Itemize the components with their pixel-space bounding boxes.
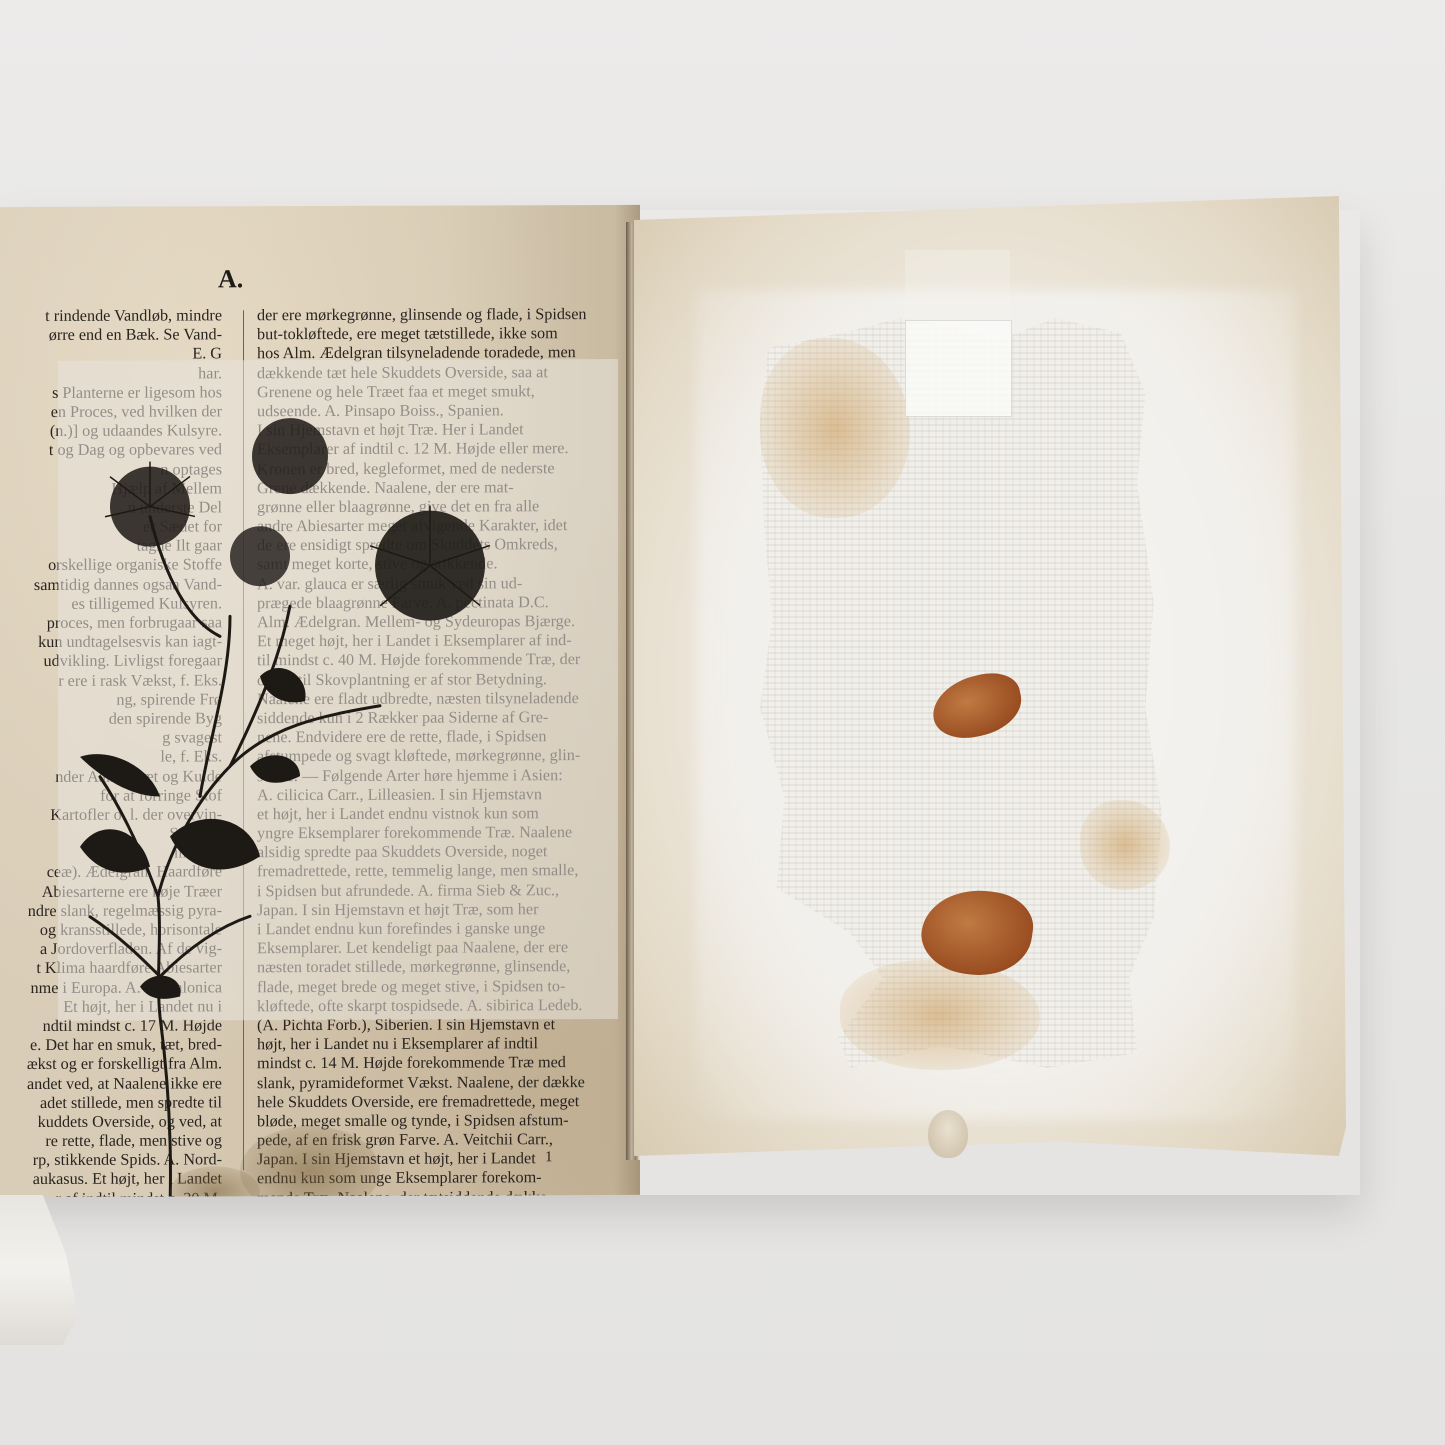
text-line: de ere ensidigt spredte om Skuddets Omkr… xyxy=(257,535,629,555)
text-line: Et meget højt, her i Landet i Eksemplare… xyxy=(257,631,629,651)
text-line: i Spidsen but afrundede. A. firma Sieb &… xyxy=(257,881,629,901)
text-line: ogsaa til Skovplantning er af stor Betyd… xyxy=(257,669,629,689)
text-line: re rette, flade, men stive og xyxy=(0,1131,222,1151)
text-line: n optages xyxy=(0,460,222,480)
text-line: a Jordoverfladen. Af de vig- xyxy=(0,940,222,960)
text-line: kuddets Overside, og ved, at xyxy=(0,1112,222,1132)
text-line: ceæ). Ædelgran. Haardføre xyxy=(0,863,222,883)
text-line: Alm. Ædelgran. Mellem- og Sydeuropas Bjæ… xyxy=(257,612,629,632)
text-line: der ere mørkegrønne, glinsende og flade,… xyxy=(257,305,629,325)
text-line: A. var. glauca er særlig smuk ved sin ud… xyxy=(257,574,629,594)
text-line: proces, men forbrugaar saa xyxy=(0,613,222,633)
text-line: Eksemplarer af indtil c. 12 M. Højde ell… xyxy=(257,439,629,459)
text-line: for at forringe Stof xyxy=(0,786,222,806)
text-line: Kronen er bred, kegleformet, med de nede… xyxy=(257,458,629,478)
text-line: samt meget korte, stive og stikkende. xyxy=(257,554,629,574)
text-line: Japan. I sin Hjemstavn et højt Træ, som … xyxy=(257,900,629,920)
text-line: Kartofler o. l. der overvin- xyxy=(0,805,222,825)
text-line: prægede blaagrønne Farve. A. pectinata D… xyxy=(257,593,629,613)
text-line: Abiesarterne ere høje Træer xyxy=(0,882,222,902)
text-line: s Planterne er ligesom hos xyxy=(0,383,222,403)
text-line: Grenene og hele Træet faa et meget smukt… xyxy=(257,382,629,402)
text-line: mindst c. 14 M. Højde forekommende Træ m… xyxy=(257,1053,629,1073)
text-line: Et højt, her i Landet nu i xyxy=(0,997,222,1017)
text-line: kun undtagelsesvis kan iagt- xyxy=(0,633,222,653)
text-line: le, f. Eks. xyxy=(0,748,222,768)
text-line: siddende kun i 2 Rækker paa Siderne af G… xyxy=(257,708,629,728)
journal-photo: A. t rindende Vandløb, mindreørre end en… xyxy=(0,0,1445,1445)
tea-stain xyxy=(1080,800,1170,890)
text-line: har. xyxy=(0,364,222,384)
text-line: den spirende Byg xyxy=(0,709,222,729)
page-heading: A. xyxy=(218,264,243,294)
text-line: ækst og er forskelligt fra Alm. xyxy=(0,1055,222,1075)
text-line: Naalene ere fladt udbredte, næsten tilsy… xyxy=(257,689,629,709)
text-line: alsidig spredte paa Skuddets Overside, n… xyxy=(257,842,629,862)
text-line: E. G xyxy=(0,345,222,365)
text-line: afstumpede og svagt kløftede, mørkegrønn… xyxy=(257,746,629,766)
text-line: g svagest xyxy=(0,728,222,748)
text-line: tagne Ilt gaar xyxy=(0,537,222,557)
left-page-dictionary: A. t rindende Vandløb, mindreørre end en… xyxy=(0,205,640,1197)
text-line: andet ved, at Naalene ikke ere xyxy=(0,1074,222,1094)
text-column-left: t rindende Vandløb, mindreørre end en Bæ… xyxy=(0,306,222,1197)
text-line: flade, meget brede og meget stive, i Spi… xyxy=(257,976,629,996)
text-line: hele Skuddets Overside, ere fremadretted… xyxy=(257,1092,629,1112)
column-divider xyxy=(243,310,244,1170)
text-line: ndtil mindst c. 17 M. Højde xyxy=(0,1016,222,1036)
tea-stain xyxy=(840,960,1040,1070)
text-line: kløftede, ofte skarpt tospidsede. A. sib… xyxy=(257,996,629,1016)
text-line: but-tokløftede, ere meget tætstillede, i… xyxy=(257,324,629,344)
text-line: dækkende tæt hele Skuddets Overside, saa… xyxy=(257,362,629,382)
text-line: slank, pyramideformet Vækst. Naalene, de… xyxy=(257,1072,629,1092)
text-line: nder Aandedræt og Kulde xyxy=(0,767,222,787)
text-line: og kransstillede, horisontale xyxy=(0,920,222,940)
text-line: en Proces, ved hvilken der xyxy=(0,402,222,422)
text-line: t og Dag og opbevares ved xyxy=(0,441,222,461)
text-line: samtidig dannes ogsaa Vand- xyxy=(0,575,222,595)
text-line: I sin Hjemstavn et højt Træ. Her i Lande… xyxy=(257,420,629,440)
text-line: et højt, her i Landet endnu vistnok kun … xyxy=(257,804,629,824)
text-line: hos Alm. Ædelgran tilsyneladende toraded… xyxy=(257,343,629,363)
text-line: n underste Del xyxy=(0,498,222,518)
text-line: nme i Europa. A. cephalonica xyxy=(0,978,222,998)
text-line: es tilligemed Kulsyren. xyxy=(0,594,222,614)
text-line: Eksemplarer. Let kendeligt paa Naalene, … xyxy=(257,938,629,958)
text-line: rp, stikkende Spids. A. Nord- xyxy=(0,1151,222,1171)
text-line: udvikling. Livligst foregaar xyxy=(0,652,222,672)
text-line: i Landet endnu kun forefindes i ganske u… xyxy=(257,919,629,939)
text-line: e. Det har en smuk, tæt, bred- xyxy=(0,1035,222,1055)
text-line: sende. — Følgende Arter høre hjemme i As… xyxy=(257,765,629,785)
washi-tape xyxy=(905,320,1012,417)
text-line: Sted. H. xyxy=(0,824,222,844)
text-line: t Klima haardføre Abiesarter xyxy=(0,959,222,979)
page-number: 1 xyxy=(545,1149,553,1166)
text-line: adet stillede, men spredte til xyxy=(0,1093,222,1113)
text-column-right: der ere mørkegrønne, glinsende og flade,… xyxy=(257,305,629,1197)
text-line: udseende. A. Pinsapo Boiss., Spanien. xyxy=(257,401,629,421)
text-line: ndre slank, regelmæssig pyra- xyxy=(0,901,222,921)
text-line: (n.)] og udaandes Kulsyre. xyxy=(0,421,222,441)
text-line: fremadrettede, rette, temmelig lange, me… xyxy=(257,861,629,881)
text-line: er Sædet for xyxy=(0,517,222,537)
text-line: t rindende Vandløb, mindre xyxy=(0,306,222,326)
text-line: til mindst c. 40 M. Højde forekommende T… xyxy=(257,650,629,670)
text-line: (A. Pichta Forb.), Siberien. I sin Hjems… xyxy=(257,1015,629,1035)
text-line: yngre Eksemplarer forekommende Træ. Naal… xyxy=(257,823,629,843)
text-line: nene. Endvidere ere de rette, flade, i S… xyxy=(257,727,629,747)
text-line: grønne eller blaagrønne, give det en fra… xyxy=(257,497,629,517)
text-line: imulus. xyxy=(0,844,222,864)
text-line: Hjælp af Mellem xyxy=(0,479,222,499)
text-line: højt, her i Landet nu i Eksemplarer af i… xyxy=(257,1034,629,1054)
washi-tape-shadow xyxy=(905,250,1010,325)
text-line: Grene dækkende. Naalene, der ere mat- xyxy=(257,478,629,498)
text-line: A. cilicica Carr., Lilleasien. I sin Hje… xyxy=(257,785,629,805)
text-line: ng, spirende Frø xyxy=(0,690,222,710)
text-line: andre Abiesarter meget afvigende Karakte… xyxy=(257,516,629,536)
text-line: næsten toradet stillede, mørkegrønne, gl… xyxy=(257,957,629,977)
text-line: orskellige organiske Stoffe xyxy=(0,556,222,576)
text-line: r ere i rask Vækst, f. Eks. xyxy=(0,671,222,691)
wax-drip xyxy=(928,1110,968,1158)
text-line: ørre end en Bæk. Se Vand- xyxy=(0,326,222,346)
fabric-scrap xyxy=(0,1195,78,1345)
